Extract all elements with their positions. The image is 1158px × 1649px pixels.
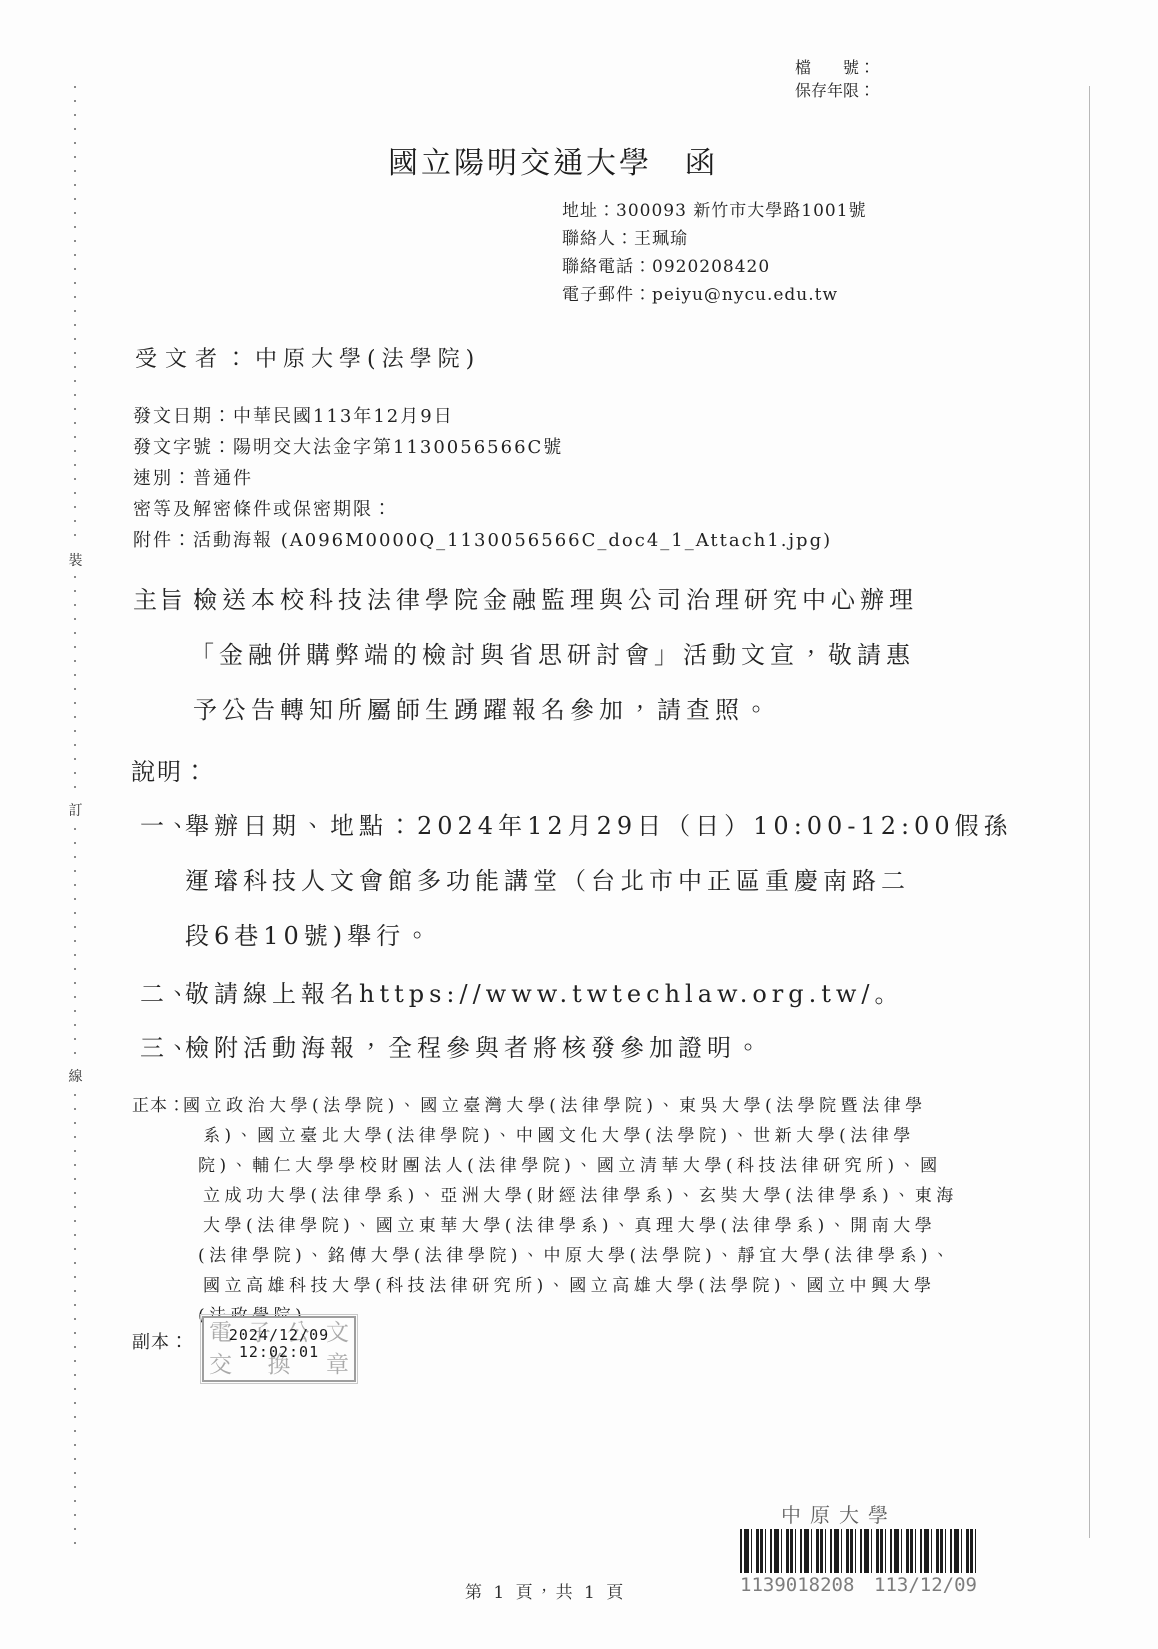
priority-level: 速別：普通件 [133,463,832,494]
original-copy-label: 正本： [132,1091,186,1116]
recipient-label: 受文者： [135,347,255,372]
cc-copy-label: 副本： [132,1328,189,1354]
electronic-exchange-stamp: 電子公文 交換章 2024/12/09 12:02:01 [202,1316,356,1382]
stamp-time: 12:02:01 [204,1344,354,1361]
security-classification: 密等及解密條件或保密期限： [133,494,832,525]
original-copy-line: 系)、國立臺北大學(法律學院)、中國文化大學(法學院)、世新大學(法律學 [203,1121,915,1146]
file-number-label: 檔 號： [795,56,875,79]
binding-mark-ding: 訂 [68,796,83,824]
issue-date: 發文日期：中華民國113年12月9日 [133,401,832,432]
recipient-name: 中原大學(法學院) [255,347,480,372]
retention-period-label: 保存年限： [795,79,875,102]
document-title: 國立陽明交通大學 函 [388,138,718,182]
original-copy-line: 大學(法律學院)、國立東華大學(法律學系)、真理大學(法律學系)、開南大學 [203,1211,936,1236]
explanation-item-line-with-url: 敬請線上報名https://www.twtechlaw.org.tw/。 [185,974,904,1009]
recipient-line: 受文者：中原大學(法學院) [135,342,480,373]
stamp-date: 2024/12/09 [204,1327,354,1344]
original-copy-line: 院)、輔仁大學學校財團法人(法律學院)、國立清華大學(科技法律研究所)、國 [198,1151,942,1176]
original-copy-line: 國立高雄科技大學(科技法律研究所)、國立高雄大學(法學院)、國立中興大學 [203,1271,936,1296]
document-meta-block: 發文日期：中華民國113年12月9日 發文字號：陽明交大法金字第11300565… [133,401,832,556]
barcode-number: 1139018208 [740,1574,854,1596]
page-number-info: 第 1 頁，共 1 頁 [465,1578,626,1603]
official-letter-page: 裝 訂 線 檔 號： 保存年限： 國立陽明交通大學 函 地址：300093 新竹… [0,0,1158,1649]
subject-line: 檢送本校科技法律學院金融監理與公司治理研究中心辦理 [193,580,918,615]
issue-number: 發文字號：陽明交大法金字第1130056566C號 [133,432,832,463]
subject-line: 予公告轉知所屬師生踴躍報名參加，請查照。 [193,690,773,725]
sender-contact-block: 地址：300093 新竹市大學路1001號 聯絡人：王珮瑜 聯絡電話：09202… [562,197,867,309]
explanation-item-line: 段6巷10號)舉行。 [185,916,434,951]
binding-mark-zhuang: 裝 [68,546,83,574]
explanation-item-line: 運璿科技人文會館多功能講堂（台北市中正區重慶南路二 [185,861,910,896]
sender-address: 地址：300093 新竹市大學路1001號 [562,197,867,225]
file-number-block: 檔 號： 保存年限： [795,56,875,102]
barcode-date: 113/12/09 [874,1574,977,1596]
barcode-org-name: 中原大學 [781,1499,897,1528]
sender-phone: 聯絡電話：0920208420 [562,253,867,281]
binding-mark-xian: 線 [68,1062,83,1090]
subject-line: 「金融併購弊端的檢討與省思研討會」活動文宣，敬請惠 [190,635,915,670]
sender-email: 電子郵件：peiyu@nycu.edu.tw [562,281,867,309]
right-margin-line [1089,86,1090,1538]
barcode [740,1529,977,1573]
barcode-caption: 1139018208 113/12/09 [740,1574,977,1596]
stamp-datetime: 2024/12/09 12:02:01 [204,1327,354,1361]
explanation-item-line: 檢附活動海報，全程參與者將核發參加證明。 [185,1028,765,1063]
sender-contact-person: 聯絡人：王珮瑜 [562,225,867,253]
attachment-info: 附件：活動海報 (A096M0000Q_1130056566C_doc4_1_A… [133,525,832,556]
original-copy-line: (法律學院)、銘傳大學(法律學院)、中原大學(法學院)、靜宜大學(法律學系)、 [198,1241,954,1266]
explanation-label: 說明： [131,752,209,787]
original-copy-line: 國立政治大學(法學院)、國立臺灣大學(法律學院)、東吳大學(法學院暨法律學 [183,1091,927,1116]
explanation-item-line: 舉辦日期、地點：2024年12月29日（日）10:00-12:00假孫 [185,806,1013,841]
original-copy-line: 立成功大學(法律學系)、亞洲大學(財經法律學系)、玄奘大學(法律學系)、東海 [203,1181,958,1206]
